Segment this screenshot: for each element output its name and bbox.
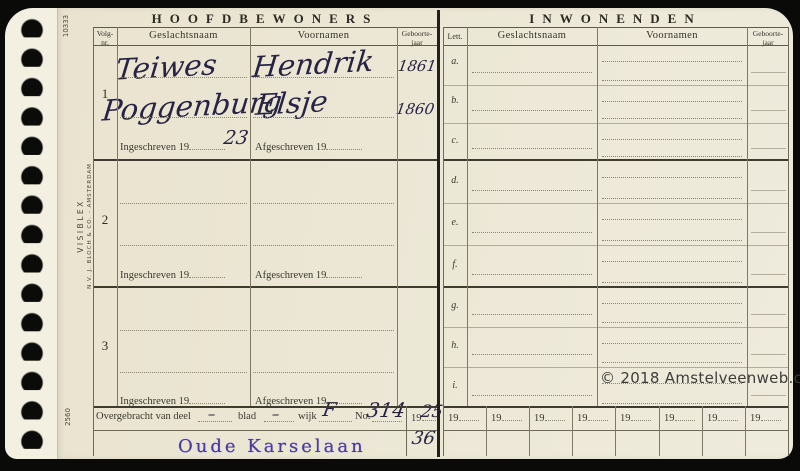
dotted-leader <box>326 140 362 150</box>
grid-line <box>437 10 440 457</box>
wijk-label: wijk <box>298 411 317 422</box>
dotted-writing-line <box>602 362 742 363</box>
card-crease-divider <box>57 8 58 459</box>
header-geslachtsnaam-left: Geslachtsnaam <box>117 30 250 41</box>
year-cell-1: 19 <box>448 411 479 424</box>
grid-line <box>250 27 251 406</box>
grid-line <box>443 245 788 246</box>
dotted-writing-line <box>602 101 742 102</box>
grid-line <box>93 27 437 28</box>
letter-row-g: g. <box>444 300 466 311</box>
dotted-leader <box>545 411 565 421</box>
handwritten-birthyear-1: 1861 <box>397 57 438 75</box>
letter-row-d: d. <box>444 175 466 186</box>
grid-line <box>443 85 788 86</box>
dotted-writing-line <box>602 282 742 283</box>
handwritten-no: 314 <box>365 398 407 422</box>
dotted-leader <box>631 411 651 421</box>
dotted-writing-line <box>120 330 247 331</box>
grid-line <box>467 27 468 406</box>
grid-line <box>751 232 786 233</box>
scanned-registration-card-photo: 10333 2560 VISIBLEX N.V. J. BLOCH & CO. … <box>0 0 800 471</box>
grid-line <box>751 110 786 111</box>
year-prefix: 19 <box>491 413 502 424</box>
dotted-leader <box>189 394 225 404</box>
dotted-leader <box>588 411 608 421</box>
overgebracht-label: Overgebracht van deel <box>96 411 191 422</box>
dotted-writing-line <box>472 354 592 355</box>
dotted-writing-line <box>472 148 592 149</box>
year-prefix: 19 <box>448 413 459 424</box>
form-number-bottom-left: 2560 <box>64 402 76 432</box>
watermark-copyright: © 2018 Amstelveenweb.com <box>600 369 800 387</box>
manufacturer-brand: VISIBLEX <box>75 158 86 294</box>
dotted-writing-line <box>602 403 742 404</box>
dotted-writing-line <box>472 190 592 191</box>
grid-line <box>702 406 703 456</box>
year-prefix: 19 <box>577 413 588 424</box>
handwritten-year-25: 25 <box>419 402 444 422</box>
afgeschreven-label: Afgeschreven 19 <box>255 270 326 281</box>
dotted-writing-line <box>602 198 742 199</box>
dotted-writing-line <box>120 372 247 373</box>
header-voornamen-right: Voornamen <box>597 30 747 41</box>
grid-line <box>443 27 788 28</box>
afgeschreven-row2: Afgeschreven 19 <box>255 268 362 281</box>
grid-line <box>529 406 530 456</box>
year-cell-2: 19 <box>491 411 522 424</box>
grid-line <box>406 406 407 456</box>
dotted-writing-line <box>120 245 247 246</box>
dotted-leader <box>761 411 781 421</box>
header-lett: Lett. <box>443 32 467 42</box>
dotted-leader <box>718 411 738 421</box>
year-cell-5: 19 <box>620 411 651 424</box>
street-name-stamp: Oude Karselaan <box>178 436 366 457</box>
grid-line <box>747 27 748 406</box>
grid-line <box>486 406 487 456</box>
dotted-writing-line <box>602 261 742 262</box>
dotted-writing-line <box>253 203 394 204</box>
afgeschreven-row1: Afgeschreven 19 <box>255 140 362 153</box>
form-number-top-left: 10333 <box>62 10 74 42</box>
dotted-writing-line <box>472 314 592 315</box>
grid-line <box>117 27 118 406</box>
grid-line <box>751 354 786 355</box>
grid-line <box>751 274 786 275</box>
handwritten-firstname-1: Hendrik <box>251 44 376 84</box>
handwritten-ingeschreven-year: 23 <box>222 127 250 149</box>
dotted-writing-line <box>602 80 742 81</box>
header-voornamen-left: Voornamen <box>250 30 397 41</box>
grid-line <box>788 27 789 456</box>
dotted-writing-line <box>472 72 592 73</box>
grid-line <box>443 159 788 161</box>
grid-line <box>751 190 786 191</box>
row-number-2: 2 <box>95 212 115 228</box>
handwritten-birthyear-2: 1860 <box>395 100 436 118</box>
grid-line <box>443 27 444 456</box>
dotted-writing-line <box>472 395 592 396</box>
grid-line <box>397 27 398 406</box>
ingeschreven-row2: Ingeschreven 19 <box>120 268 225 281</box>
dotted-writing-line <box>602 219 742 220</box>
letter-row-a: a. <box>444 56 466 67</box>
dotted-writing-line <box>602 322 742 323</box>
grid-line <box>443 286 788 288</box>
dotted-writing-line <box>253 77 394 78</box>
grid-line <box>93 159 437 161</box>
dotted-writing-line <box>472 232 592 233</box>
dotted-writing-line <box>120 77 247 78</box>
dotted-leader <box>675 411 695 421</box>
grid-line <box>745 406 746 456</box>
dotted-writing-line <box>602 343 742 344</box>
year-prefix: 19 <box>750 413 761 424</box>
grid-line <box>443 45 788 46</box>
grid-line <box>443 123 788 124</box>
dotted-writing-line <box>120 117 247 118</box>
grid-line <box>615 406 616 456</box>
dotted-writing-line <box>602 61 742 62</box>
grid-line <box>751 148 786 149</box>
year-prefix: 19 <box>534 413 545 424</box>
dotted-leader <box>189 140 225 150</box>
handwritten-surname-1: Teiwes <box>114 47 219 86</box>
grid-line <box>659 406 660 456</box>
dotted-writing-line <box>253 372 394 373</box>
dotted-writing-line <box>602 303 742 304</box>
afgeschreven-label: Afgeschreven 19 <box>255 142 326 153</box>
grid-line <box>751 314 786 315</box>
dotted-writing-line <box>602 240 742 241</box>
grid-line <box>93 45 437 46</box>
dotted-leader <box>502 411 522 421</box>
dotted-writing-line <box>120 203 247 204</box>
dotted-leader <box>189 268 225 278</box>
letter-row-f: f. <box>444 259 466 270</box>
grid-line <box>443 367 788 368</box>
ingeschreven-label: Ingeschreven 19 <box>120 142 189 153</box>
grid-line <box>93 406 437 408</box>
grid-line <box>597 27 598 406</box>
letter-row-c: c. <box>444 135 466 146</box>
letter-row-i: i. <box>444 380 466 391</box>
letter-row-b: b. <box>444 95 466 106</box>
dotted-writing-line <box>472 110 592 111</box>
letter-row-h: h. <box>444 340 466 351</box>
header-geslachtsnaam-right: Geslachtsnaam <box>467 30 597 41</box>
dotted-writing-line <box>602 383 742 384</box>
grid-line <box>572 406 573 456</box>
dotted-writing-line <box>472 274 592 275</box>
dotted-writing-line <box>602 177 742 178</box>
year-prefix: 19 <box>707 413 718 424</box>
title-hoofdbewoners: HOOFDBEWONERS <box>93 11 437 27</box>
year-prefix: 19 <box>664 413 675 424</box>
ingeschreven-row1: Ingeschreven 19 <box>120 140 225 153</box>
grid-line <box>93 286 437 288</box>
punched-hole-strip <box>5 8 57 459</box>
grid-line <box>751 395 786 396</box>
year-prefix: 19 <box>620 413 631 424</box>
dotted-writing-line <box>253 245 394 246</box>
grid-line <box>443 203 788 204</box>
row-number-3: 3 <box>95 338 115 354</box>
year-cell-6: 19 <box>664 411 695 424</box>
dotted-writing-line <box>602 139 742 140</box>
title-inwonenden: INWONENDEN <box>443 11 788 27</box>
dotted-writing-line <box>602 118 742 119</box>
grid-line <box>443 327 788 328</box>
ingeschreven-label: Ingeschreven 19 <box>120 270 189 281</box>
year-cell-4: 19 <box>577 411 608 424</box>
dotted-writing-line <box>253 330 394 331</box>
handwritten-year-36: 36 <box>410 428 436 449</box>
dotted-leader <box>459 411 479 421</box>
dotted-writing-line <box>602 156 742 157</box>
dotted-leader <box>326 268 362 278</box>
letter-row-e: e. <box>444 217 466 228</box>
blad-label: blad <box>238 411 256 422</box>
grid-line <box>93 27 94 456</box>
grid-line <box>93 430 437 431</box>
year-cell-8: 19 <box>750 411 781 424</box>
year-cell-3: 19 <box>534 411 565 424</box>
year-cell-7: 19 <box>707 411 738 424</box>
dotted-writing-line <box>253 117 394 118</box>
grid-line <box>751 72 786 73</box>
